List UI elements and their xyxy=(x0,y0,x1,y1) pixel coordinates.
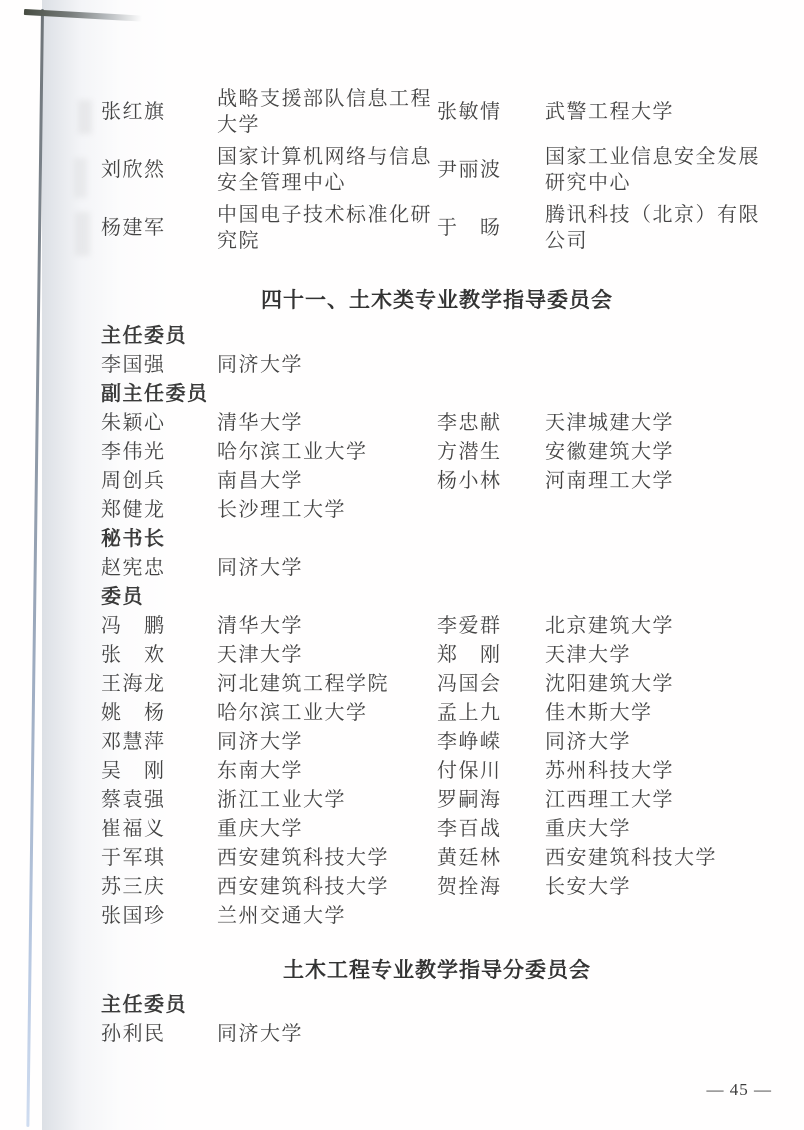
member-institution xyxy=(545,554,773,583)
member-institution: 安徽建筑大学 xyxy=(545,438,773,467)
member-name: 张红旗 xyxy=(101,99,217,125)
role-label: 主任委员 xyxy=(101,322,773,351)
member-name: 冯 鹏 xyxy=(101,612,217,641)
member-institution: 清华大学 xyxy=(217,409,437,438)
member-name xyxy=(437,496,545,525)
member-name xyxy=(437,1020,545,1049)
table-row: 刘欣然国家计算机网络与信息安全管理中心尹丽波国家工业信息安全发展研究中心 xyxy=(101,141,773,199)
member-institution: 国家计算机网络与信息安全管理中心 xyxy=(217,144,437,196)
member-name: 方潜生 xyxy=(437,438,545,467)
member-institution: 重庆大学 xyxy=(217,815,437,844)
section-groups: 主任委员李国强同济大学副主任委员朱颖心清华大学李忠献天津城建大学李伟光哈尔滨工业… xyxy=(101,322,773,931)
member-name: 姚 杨 xyxy=(101,699,217,728)
member-name: 孟上九 xyxy=(437,699,545,728)
member-institution xyxy=(545,902,773,931)
table-row: 吴 刚东南大学付保川苏州科技大学 xyxy=(101,757,773,786)
ink-bleedthrough xyxy=(78,100,92,134)
section-groups: 主任委员孙利民同济大学 xyxy=(101,991,773,1049)
member-institution: 同济大学 xyxy=(545,728,773,757)
table-row: 张红旗战略支援部队信息工程大学张敏情武警工程大学 xyxy=(101,83,773,141)
role-label: 委员 xyxy=(101,583,773,612)
table-row: 李伟光哈尔滨工业大学方潜生安徽建筑大学 xyxy=(101,438,773,467)
table-row: 杨建军中国电子技术标准化研究院于 旸腾讯科技（北京）有限公司 xyxy=(101,199,773,257)
member-institution: 天津大学 xyxy=(217,641,437,670)
member-institution: 西安建筑科技大学 xyxy=(217,844,437,873)
member-institution: 北京建筑大学 xyxy=(545,612,773,641)
table-row: 周创兵南昌大学杨小林河南理工大学 xyxy=(101,467,773,496)
member-institution: 同济大学 xyxy=(217,554,437,583)
member-institution: 河北建筑工程学院 xyxy=(217,670,437,699)
table-row: 朱颖心清华大学李忠献天津城建大学 xyxy=(101,409,773,438)
member-name xyxy=(437,902,545,931)
scanned-page: 张红旗战略支援部队信息工程大学张敏情武警工程大学刘欣然国家计算机网络与信息安全管… xyxy=(0,0,804,1130)
member-name: 赵宪忠 xyxy=(101,554,217,583)
role-label: 主任委员 xyxy=(101,991,773,1020)
table-row: 冯 鹏清华大学李爱群北京建筑大学 xyxy=(101,612,773,641)
member-institution: 江西理工大学 xyxy=(545,786,773,815)
member-name: 李百战 xyxy=(437,815,545,844)
member-institution: 国家工业信息安全发展研究中心 xyxy=(545,144,773,196)
member-name: 朱颖心 xyxy=(101,409,217,438)
member-institution: 同济大学 xyxy=(217,728,437,757)
member-name: 杨建军 xyxy=(101,215,217,241)
member-institution: 苏州科技大学 xyxy=(545,757,773,786)
table-row: 王海龙河北建筑工程学院冯国会沈阳建筑大学 xyxy=(101,670,773,699)
member-institution: 哈尔滨工业大学 xyxy=(217,699,437,728)
member-institution: 佳木斯大学 xyxy=(545,699,773,728)
member-name: 尹丽波 xyxy=(437,157,545,183)
member-name: 郑健龙 xyxy=(101,496,217,525)
member-name: 黄廷林 xyxy=(437,844,545,873)
member-institution: 清华大学 xyxy=(217,612,437,641)
member-name: 李峥嵘 xyxy=(437,728,545,757)
member-institution: 浙江工业大学 xyxy=(217,786,437,815)
member-name: 刘欣然 xyxy=(101,157,217,183)
member-name: 张敏情 xyxy=(437,99,545,125)
member-institution: 西安建筑科技大学 xyxy=(545,844,773,873)
role-label: 副主任委员 xyxy=(101,380,773,409)
table-row: 姚 杨哈尔滨工业大学孟上九佳木斯大学 xyxy=(101,699,773,728)
member-institution xyxy=(545,351,773,380)
table-row: 张 欢天津大学郑 刚天津大学 xyxy=(101,641,773,670)
member-name: 张 欢 xyxy=(101,641,217,670)
member-institution: 东南大学 xyxy=(217,757,437,786)
ink-bleedthrough xyxy=(74,158,87,198)
member-name: 孙利民 xyxy=(101,1020,217,1049)
member-name: 杨小林 xyxy=(437,467,545,496)
member-institution: 天津大学 xyxy=(545,641,773,670)
member-institution: 南昌大学 xyxy=(217,467,437,496)
member-institution: 同济大学 xyxy=(217,1020,437,1049)
member-name xyxy=(437,554,545,583)
member-name: 邓慧萍 xyxy=(101,728,217,757)
table-row: 崔福义重庆大学李百战重庆大学 xyxy=(101,815,773,844)
table-row: 郑健龙长沙理工大学 xyxy=(101,496,773,525)
member-institution: 长安大学 xyxy=(545,873,773,902)
table-row: 邓慧萍同济大学李峥嵘同济大学 xyxy=(101,728,773,757)
table-row: 苏三庆西安建筑科技大学贺拴海长安大学 xyxy=(101,873,773,902)
member-name: 苏三庆 xyxy=(101,873,217,902)
ink-bleedthrough xyxy=(75,212,90,256)
table-row: 张国珍兰州交通大学 xyxy=(101,902,773,931)
member-institution: 重庆大学 xyxy=(545,815,773,844)
table-row: 蔡袁强浙江工业大学罗嗣海江西理工大学 xyxy=(101,786,773,815)
member-name: 张国珍 xyxy=(101,902,217,931)
member-institution: 战略支援部队信息工程大学 xyxy=(217,86,437,138)
member-name: 贺拴海 xyxy=(437,873,545,902)
member-institution xyxy=(545,1020,773,1049)
member-institution: 西安建筑科技大学 xyxy=(217,873,437,902)
member-name: 周创兵 xyxy=(101,467,217,496)
member-name: 付保川 xyxy=(437,757,545,786)
member-institution: 河南理工大学 xyxy=(545,467,773,496)
member-name: 李国强 xyxy=(101,351,217,380)
page-content: 张红旗战略支援部队信息工程大学张敏情武警工程大学刘欣然国家计算机网络与信息安全管… xyxy=(101,0,773,1049)
member-name: 吴 刚 xyxy=(101,757,217,786)
member-institution xyxy=(545,496,773,525)
member-name: 李忠献 xyxy=(437,409,545,438)
table-row: 于军琪西安建筑科技大学黄廷林西安建筑科技大学 xyxy=(101,844,773,873)
member-name: 郑 刚 xyxy=(437,641,545,670)
member-name: 蔡袁强 xyxy=(101,786,217,815)
member-name: 李伟光 xyxy=(101,438,217,467)
member-name: 崔福义 xyxy=(101,815,217,844)
section-title: 四十一、土木类专业教学指导委员会 xyxy=(101,287,773,313)
member-institution: 哈尔滨工业大学 xyxy=(217,438,437,467)
member-institution: 武警工程大学 xyxy=(545,99,773,125)
member-institution: 沈阳建筑大学 xyxy=(545,670,773,699)
section-title: 土木工程专业教学指导分委员会 xyxy=(101,957,773,983)
member-institution: 天津城建大学 xyxy=(545,409,773,438)
table-row: 孙利民同济大学 xyxy=(101,1020,773,1049)
member-name: 李爱群 xyxy=(437,612,545,641)
table-row: 李国强同济大学 xyxy=(101,351,773,380)
member-institution: 中国电子技术标准化研究院 xyxy=(217,202,437,254)
continued-member-rows: 张红旗战略支援部队信息工程大学张敏情武警工程大学刘欣然国家计算机网络与信息安全管… xyxy=(101,83,773,257)
member-name xyxy=(437,351,545,380)
member-name: 冯国会 xyxy=(437,670,545,699)
member-institution: 长沙理工大学 xyxy=(217,496,437,525)
table-row: 赵宪忠同济大学 xyxy=(101,554,773,583)
member-institution: 腾讯科技（北京）有限公司 xyxy=(545,202,773,254)
member-name: 于军琪 xyxy=(101,844,217,873)
member-name: 罗嗣海 xyxy=(437,786,545,815)
role-label: 秘书长 xyxy=(101,525,773,554)
page-number: — 45 — xyxy=(707,1080,773,1100)
member-institution: 兰州交通大学 xyxy=(217,902,437,931)
member-name: 于 旸 xyxy=(437,215,545,241)
member-name: 王海龙 xyxy=(101,670,217,699)
member-institution: 同济大学 xyxy=(217,351,437,380)
